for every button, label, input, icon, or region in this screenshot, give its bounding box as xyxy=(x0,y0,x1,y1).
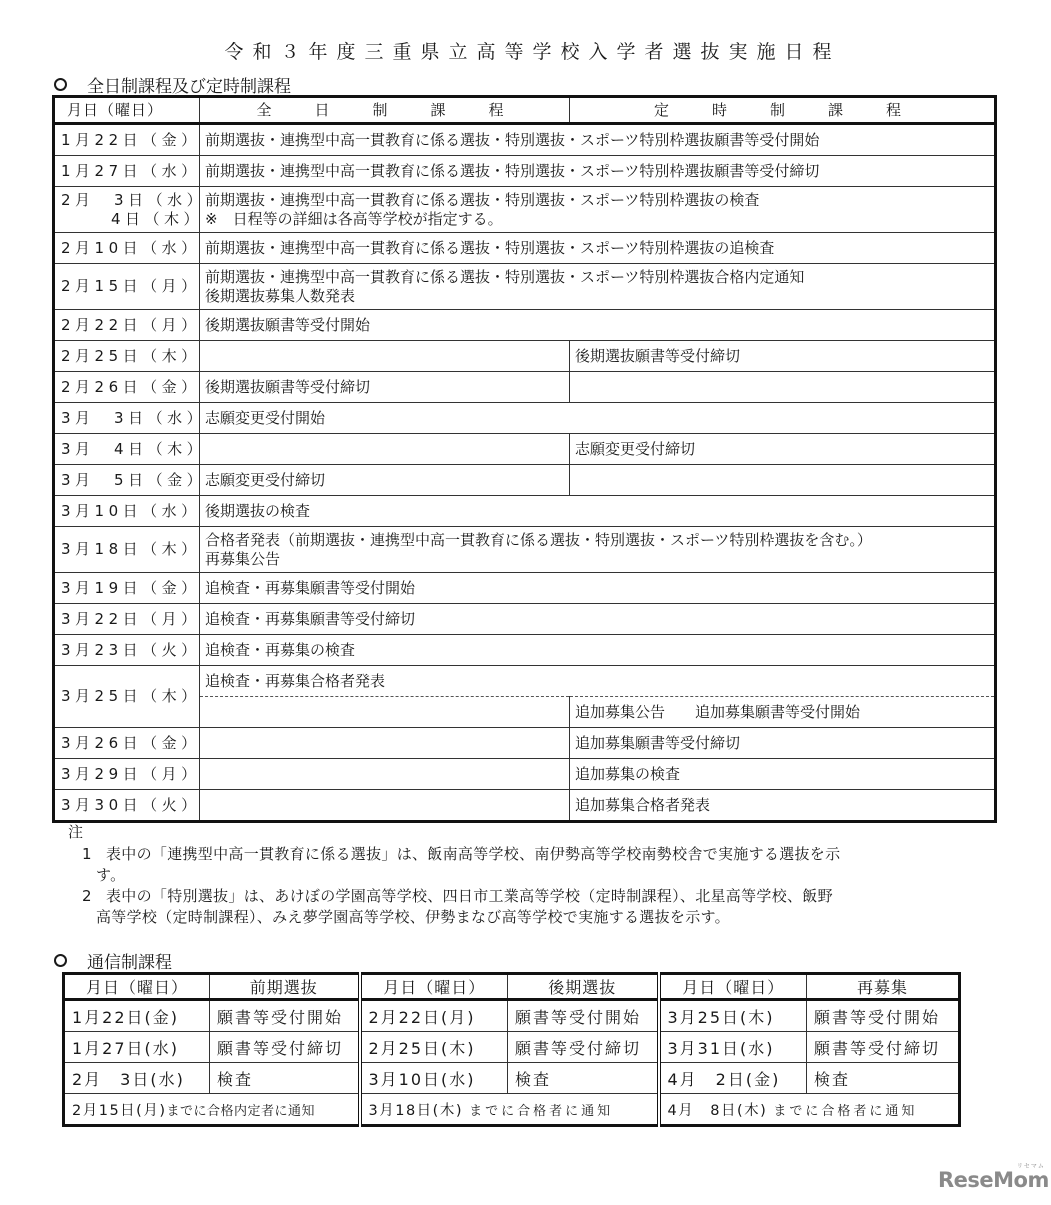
section-heading-fulltime: 全日制課程及び定時制課程 xyxy=(54,72,291,97)
note-item: 1 表中の「連携型中高一貫教育に係る選抜」は、飯南高等学校、南伊勢高等学校南勢校… xyxy=(68,844,998,886)
event-cell-fulltime xyxy=(200,341,570,372)
table-row: 2月10日（水） 前期選抜・連携型中高一貫教育に係る選抜・特別選抜・スポーツ特別… xyxy=(54,233,996,264)
notice-date: 4月 8日(木) xyxy=(668,1103,768,1119)
table-row: 3月 3日（水） 志願変更受付開始 xyxy=(54,403,996,434)
notice-cell-recruit: 4月 8日(木) までに合格者に通知 xyxy=(659,1094,960,1126)
date-cell: 2月22日（月） xyxy=(54,310,200,341)
event-cell-parttime: 追加募集願書等受付締切 xyxy=(570,728,996,759)
note-item: 2 表中の「特別選抜」は、あけぼの学園高等学校、四日市工業高等学校（定時制課程）… xyxy=(68,886,998,928)
logo-kana: リセマム xyxy=(1017,1161,1045,1170)
notes-heading: 注 xyxy=(68,822,998,843)
event-cell-fulltime xyxy=(200,697,570,728)
table-row: 1月27日(水) 願書等受付締切 2月25日(木) 願書等受付締切 3月31日(… xyxy=(64,1032,960,1063)
notice-cell-early: 2月15日(月)までに合格内定者に通知 xyxy=(64,1094,360,1126)
logo-text: ReseMom xyxy=(938,1168,1049,1192)
column-header-late: 後期選抜 xyxy=(508,974,659,1000)
note-text-continuation: 高等学校（定時制課程）、みえ夢学園高等学校、伊勢まなび高等学校で実施する選抜を示… xyxy=(96,907,998,928)
note-text: 表中の「連携型中高一貫教育に係る選抜」は、飯南高等学校、南伊勢高等学校南勢校舎で… xyxy=(106,844,998,886)
date-cell: 1月22日(金) xyxy=(64,1000,210,1032)
date-line-2: 4日（木） xyxy=(61,210,199,229)
table-row: 3月22日（月） 追検査・再募集願書等受付締切 xyxy=(54,604,996,635)
event-line-2: 後期選抜募集人数発表 xyxy=(205,287,994,306)
note-text-line: 表中の「特別選抜」は、あけぼの学園高等学校、四日市工業高等学校（定時制課程）、北… xyxy=(106,887,833,905)
event-cell-fulltime xyxy=(200,434,570,465)
event-cell-parttime: 追加募集公告 追加募集願書等受付開始 xyxy=(570,697,996,728)
notice-cell-late: 3月18日(木) までに合格者に通知 xyxy=(360,1094,659,1126)
column-header-early: 前期選抜 xyxy=(210,974,360,1000)
notice-text: までに合格内定者に通知 xyxy=(167,1104,316,1119)
notice-text: までに合格者に通知 xyxy=(469,1104,613,1119)
event-line-1: 前期選抜・連携型中高一貫教育に係る選抜・特別選抜・スポーツ特別枠選抜合格内定通知 xyxy=(205,268,994,287)
event-cell-fulltime xyxy=(200,759,570,790)
note-text-continuation: す。 xyxy=(96,865,998,886)
date-cell: 2月 3日（水）4日（木） xyxy=(54,187,200,233)
date-cell: 2月15日（月） xyxy=(54,264,200,310)
table-row: 2月25日（木） 後期選抜願書等受付締切 xyxy=(54,341,996,372)
table-row: 2月 3日(水) 検査 3月10日(水) 検査 4月 2日(金) 検査 xyxy=(64,1063,960,1094)
table-header-row: 月日（曜日） 前期選抜 月日（曜日） 後期選抜 月日（曜日） 再募集 xyxy=(64,974,960,1000)
event-cell-both: 前期選抜・連携型中高一貫教育に係る選抜・特別選抜・スポーツ特別枠選抜願書等受付締… xyxy=(200,156,996,187)
event-cell-both: 追検査・再募集願書等受付開始 xyxy=(200,573,996,604)
table-row: 3月29日（月） 追加募集の検査 xyxy=(54,759,996,790)
section-heading-correspondence: 通信制課程 xyxy=(54,948,172,973)
event-cell-fulltime xyxy=(200,728,570,759)
event-cell: 願書等受付締切 xyxy=(508,1032,659,1063)
event-cell: 願書等受付開始 xyxy=(807,1000,960,1032)
event-cell: 検査 xyxy=(210,1063,360,1094)
section-heading-text: 通信制課程 xyxy=(87,948,172,973)
column-header-recruit: 再募集 xyxy=(807,974,960,1000)
date-cell: 3月10日(水) xyxy=(360,1063,508,1094)
table-row: 2月22日（月） 後期選抜願書等受付開始 xyxy=(54,310,996,341)
table-row: 3月25日（木） 追検査・再募集合格者発表 xyxy=(54,666,996,697)
event-cell-parttime: 後期選抜願書等受付締切 xyxy=(570,341,996,372)
event-cell-parttime xyxy=(570,372,996,403)
date-cell: 3月25日(木) xyxy=(659,1000,807,1032)
event-cell: 願書等受付開始 xyxy=(210,1000,360,1032)
table-row: 3月30日（火） 追加募集合格者発表 xyxy=(54,790,996,822)
date-line-1: 2月 3日（水） xyxy=(61,191,206,209)
event-cell-parttime: 志願変更受付締切 xyxy=(570,434,996,465)
event-cell-parttime xyxy=(570,465,996,496)
table-row: 3月26日（金） 追加募集願書等受付締切 xyxy=(54,728,996,759)
schedule-table-correspondence: 月日（曜日） 前期選抜 月日（曜日） 後期選抜 月日（曜日） 再募集 1月22日… xyxy=(62,972,961,1127)
table-row: 2月15日（月） 前期選抜・連携型中高一貫教育に係る選抜・特別選抜・スポーツ特別… xyxy=(54,264,996,310)
table-row: 1月22日(金) 願書等受付開始 2月22日(月) 願書等受付開始 3月25日(… xyxy=(64,1000,960,1032)
document-title: 令和３年度三重県立高等学校入学者選抜実施日程 xyxy=(0,37,1051,64)
column-header-parttime: 定 時 制 課 程 xyxy=(570,97,996,124)
event-cell: 検査 xyxy=(508,1063,659,1094)
event-cell-both: 後期選抜願書等受付開始 xyxy=(200,310,996,341)
table-row-notice: 2月15日(月)までに合格内定者に通知 3月18日(木) までに合格者に通知 4… xyxy=(64,1094,960,1126)
date-cell: 1月22日（金） xyxy=(54,124,200,156)
date-cell: 2月26日（金） xyxy=(54,372,200,403)
date-cell: 3月22日（月） xyxy=(54,604,200,635)
event-cell-fulltime: 後期選抜願書等受付締切 xyxy=(200,372,570,403)
note-text: 表中の「特別選抜」は、あけぼの学園高等学校、四日市工業高等学校（定時制課程）、北… xyxy=(106,886,998,928)
event-cell: 願書等受付締切 xyxy=(210,1032,360,1063)
event-cell: 検査 xyxy=(807,1063,960,1094)
table-row: 3月23日（火） 追検査・再募集の検査 xyxy=(54,635,996,666)
event-cell-both: 後期選抜の検査 xyxy=(200,496,996,527)
table-row: 2月26日（金） 後期選抜願書等受付締切 xyxy=(54,372,996,403)
event-cell-both: 前期選抜・連携型中高一貫教育に係る選抜・特別選抜・スポーツ特別枠選抜の検査 ※ … xyxy=(200,187,996,233)
date-cell: 3月 3日（水） xyxy=(54,403,200,434)
note-text-line: 表中の「連携型中高一貫教育に係る選抜」は、飯南高等学校、南伊勢高等学校南勢校舎で… xyxy=(106,845,840,863)
date-cell: 2月25日（木） xyxy=(54,341,200,372)
table-row: 1月22日（金） 前期選抜・連携型中高一貫教育に係る選抜・特別選抜・スポーツ特別… xyxy=(54,124,996,156)
date-cell: 2月 3日(水) xyxy=(64,1063,210,1094)
date-cell: 3月25日（木） xyxy=(54,666,200,728)
date-cell: 1月27日(水) xyxy=(64,1032,210,1063)
notice-date: 3月18日(木) xyxy=(369,1103,464,1119)
circle-bullet-icon xyxy=(54,954,67,967)
circle-bullet-icon xyxy=(54,78,67,91)
notice-date: 2月15日(月) xyxy=(72,1103,167,1119)
event-cell-fulltime: 志願変更受付締切 xyxy=(200,465,570,496)
date-cell: 3月29日（月） xyxy=(54,759,200,790)
date-cell: 3月18日（木） xyxy=(54,527,200,573)
event-cell-both: 合格者発表（前期選抜・連携型中高一貫教育に係る選抜・特別選抜・スポーツ特別枠選抜… xyxy=(200,527,996,573)
table-row: 3月 5日（金） 志願変更受付締切 xyxy=(54,465,996,496)
event-cell-both: 追検査・再募集合格者発表 xyxy=(200,666,996,697)
table-row: 1月27日（水） 前期選抜・連携型中高一貫教育に係る選抜・特別選抜・スポーツ特別… xyxy=(54,156,996,187)
date-cell: 3月10日（水） xyxy=(54,496,200,527)
table-row: 3月19日（金） 追検査・再募集願書等受付開始 xyxy=(54,573,996,604)
table-row: 2月 3日（水）4日（木） 前期選抜・連携型中高一貫教育に係る選抜・特別選抜・ス… xyxy=(54,187,996,233)
column-header-date: 月日（曜日） xyxy=(360,974,508,1000)
event-line-2: 再募集公告 xyxy=(205,550,994,569)
event-cell-both: 志願変更受付開始 xyxy=(200,403,996,434)
date-cell: 1月27日（水） xyxy=(54,156,200,187)
notice-text: までに合格者に通知 xyxy=(773,1104,917,1119)
column-header-date: 月日（曜日） xyxy=(54,97,200,124)
date-cell: 2月22日(月) xyxy=(360,1000,508,1032)
date-cell: 3月19日（金） xyxy=(54,573,200,604)
event-line-1: 前期選抜・連携型中高一貫教育に係る選抜・特別選抜・スポーツ特別枠選抜の検査 xyxy=(205,191,994,210)
event-cell: 願書等受付開始 xyxy=(508,1000,659,1032)
column-header-date: 月日（曜日） xyxy=(659,974,807,1000)
table-row: 3月10日（水） 後期選抜の検査 xyxy=(54,496,996,527)
date-cell: 4月 2日(金) xyxy=(659,1063,807,1094)
date-cell: 2月10日（水） xyxy=(54,233,200,264)
date-cell: 3月26日（金） xyxy=(54,728,200,759)
schedule-table-fulltime: 月日（曜日） 全 日 制 課 程 定 時 制 課 程 1月22日（金） 前期選抜… xyxy=(52,95,997,823)
resemom-logo: ReseMom リセマム xyxy=(938,1168,1049,1192)
event-cell-both: 追検査・再募集願書等受付締切 xyxy=(200,604,996,635)
notes-block: 注 1 表中の「連携型中高一貫教育に係る選抜」は、飯南高等学校、南伊勢高等学校南… xyxy=(68,822,998,928)
event-line-2: ※ 日程等の詳細は各高等学校が指定する。 xyxy=(205,210,994,229)
date-cell: 3月 5日（金） xyxy=(54,465,200,496)
date-cell: 3月23日（火） xyxy=(54,635,200,666)
event-cell-both: 前期選抜・連携型中高一貫教育に係る選抜・特別選抜・スポーツ特別枠選抜の追検査 xyxy=(200,233,996,264)
date-cell: 3月30日（火） xyxy=(54,790,200,822)
date-cell: 3月 4日（木） xyxy=(54,434,200,465)
table-row: 3月18日（木） 合格者発表（前期選抜・連携型中高一貫教育に係る選抜・特別選抜・… xyxy=(54,527,996,573)
event-cell-both: 追検査・再募集の検査 xyxy=(200,635,996,666)
event-cell-both: 前期選抜・連携型中高一貫教育に係る選抜・特別選抜・スポーツ特別枠選抜合格内定通知… xyxy=(200,264,996,310)
date-cell: 2月25日(木) xyxy=(360,1032,508,1063)
table-row: 3月 4日（木） 志願変更受付締切 xyxy=(54,434,996,465)
event-cell-fulltime xyxy=(200,790,570,822)
column-header-fulltime: 全 日 制 課 程 xyxy=(200,97,570,124)
event-cell-parttime: 追加募集合格者発表 xyxy=(570,790,996,822)
event-line-1: 合格者発表（前期選抜・連携型中高一貫教育に係る選抜・特別選抜・スポーツ特別枠選抜… xyxy=(205,531,994,550)
table-header-row: 月日（曜日） 全 日 制 課 程 定 時 制 課 程 xyxy=(54,97,996,124)
column-header-date: 月日（曜日） xyxy=(64,974,210,1000)
event-cell: 願書等受付締切 xyxy=(807,1032,960,1063)
date-cell: 3月31日(水) xyxy=(659,1032,807,1063)
section-heading-text: 全日制課程及び定時制課程 xyxy=(87,72,291,97)
event-cell-both: 前期選抜・連携型中高一貫教育に係る選抜・特別選抜・スポーツ特別枠選抜願書等受付開… xyxy=(200,124,996,156)
event-cell-parttime: 追加募集の検査 xyxy=(570,759,996,790)
